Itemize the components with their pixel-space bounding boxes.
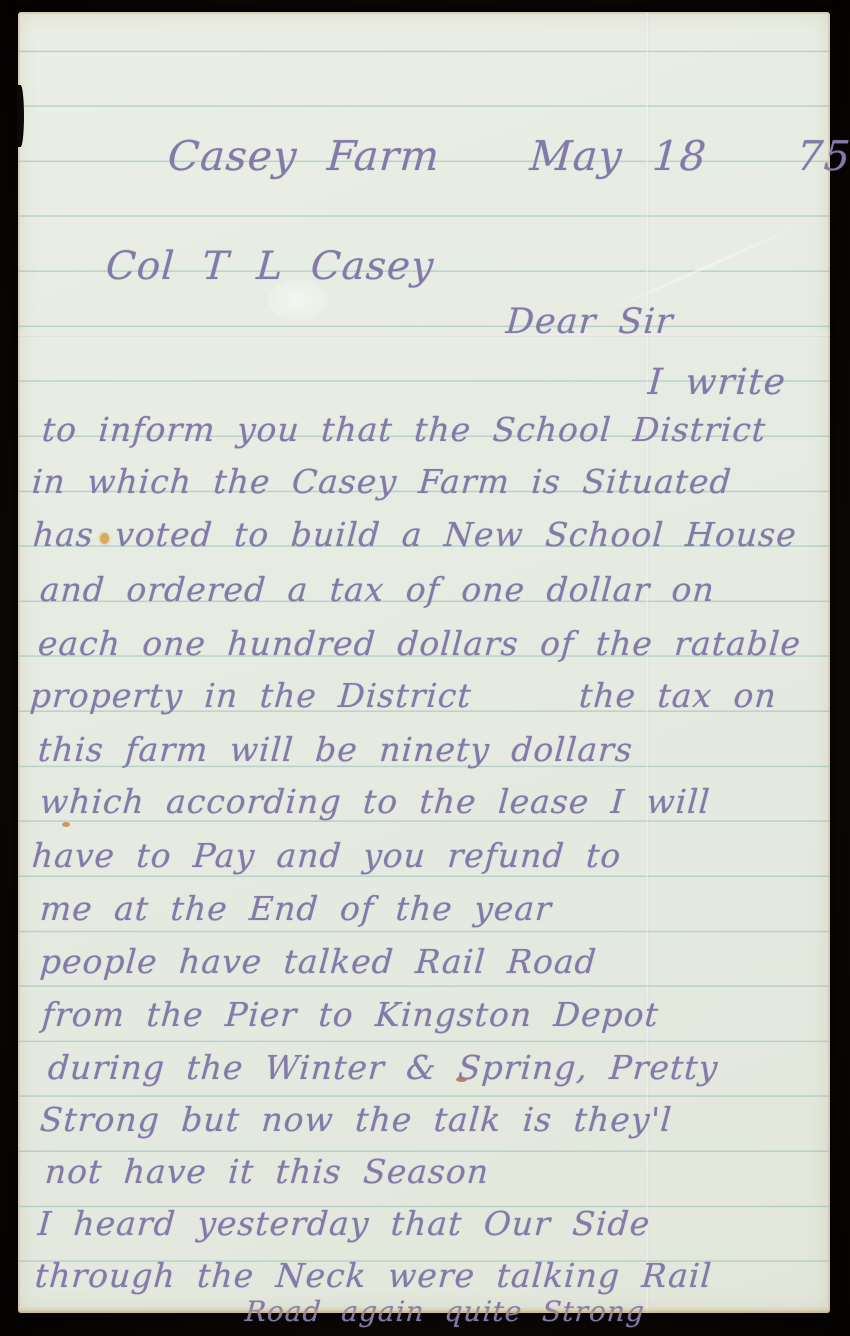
letter-line: in which the Casey Farm is Situated [31,462,733,501]
letter-line: property in the District the tax on [29,676,779,715]
scan-background: Casey Farm May 18 75 — Col T L Casey Dea… [0,0,850,1336]
letter-line: from the Pier to Kingston Depot [41,995,661,1034]
horizontal-fold-crease [18,334,830,337]
letter-line: to inform you that the School District [41,410,768,449]
letter-line: people have talked Rail Road [39,942,599,981]
letter-line: through the Neck were talking Rail [34,1256,714,1295]
letter-line: during the Winter & Spring, Pretty [47,1048,720,1087]
letter-salutation: Dear Sir [505,302,675,342]
letter-recipient: Col T L Casey [104,244,435,289]
letter-line: this farm will be ninety dollars [37,730,635,769]
letter-line: not have it this Season [44,1152,491,1191]
letter-dateline: Casey Farm May 18 75 — [166,132,850,180]
scan-edge-notch [17,85,24,147]
letter-line: me at the End of the year [39,889,554,928]
letter-line: I heard yesterday that Our Side [37,1204,652,1243]
letter-line: each one hundred dollars of the ratable [37,624,803,663]
letter-line: has voted to build a New School House [32,515,799,554]
stain-spot [62,822,70,827]
letter-line: Strong but now the talk is they'l [39,1100,674,1139]
letter-opening-phrase: I write [647,362,788,403]
letter-line: and ordered a tax of one dollar on [39,570,717,609]
letter-line: have to Pay and you refund to [31,836,623,875]
letter-line: which according to the lease I will [39,782,712,821]
letter-paper: Casey Farm May 18 75 — Col T L Casey Dea… [18,12,830,1313]
letter-line: Road again quite Strong [244,1295,646,1328]
